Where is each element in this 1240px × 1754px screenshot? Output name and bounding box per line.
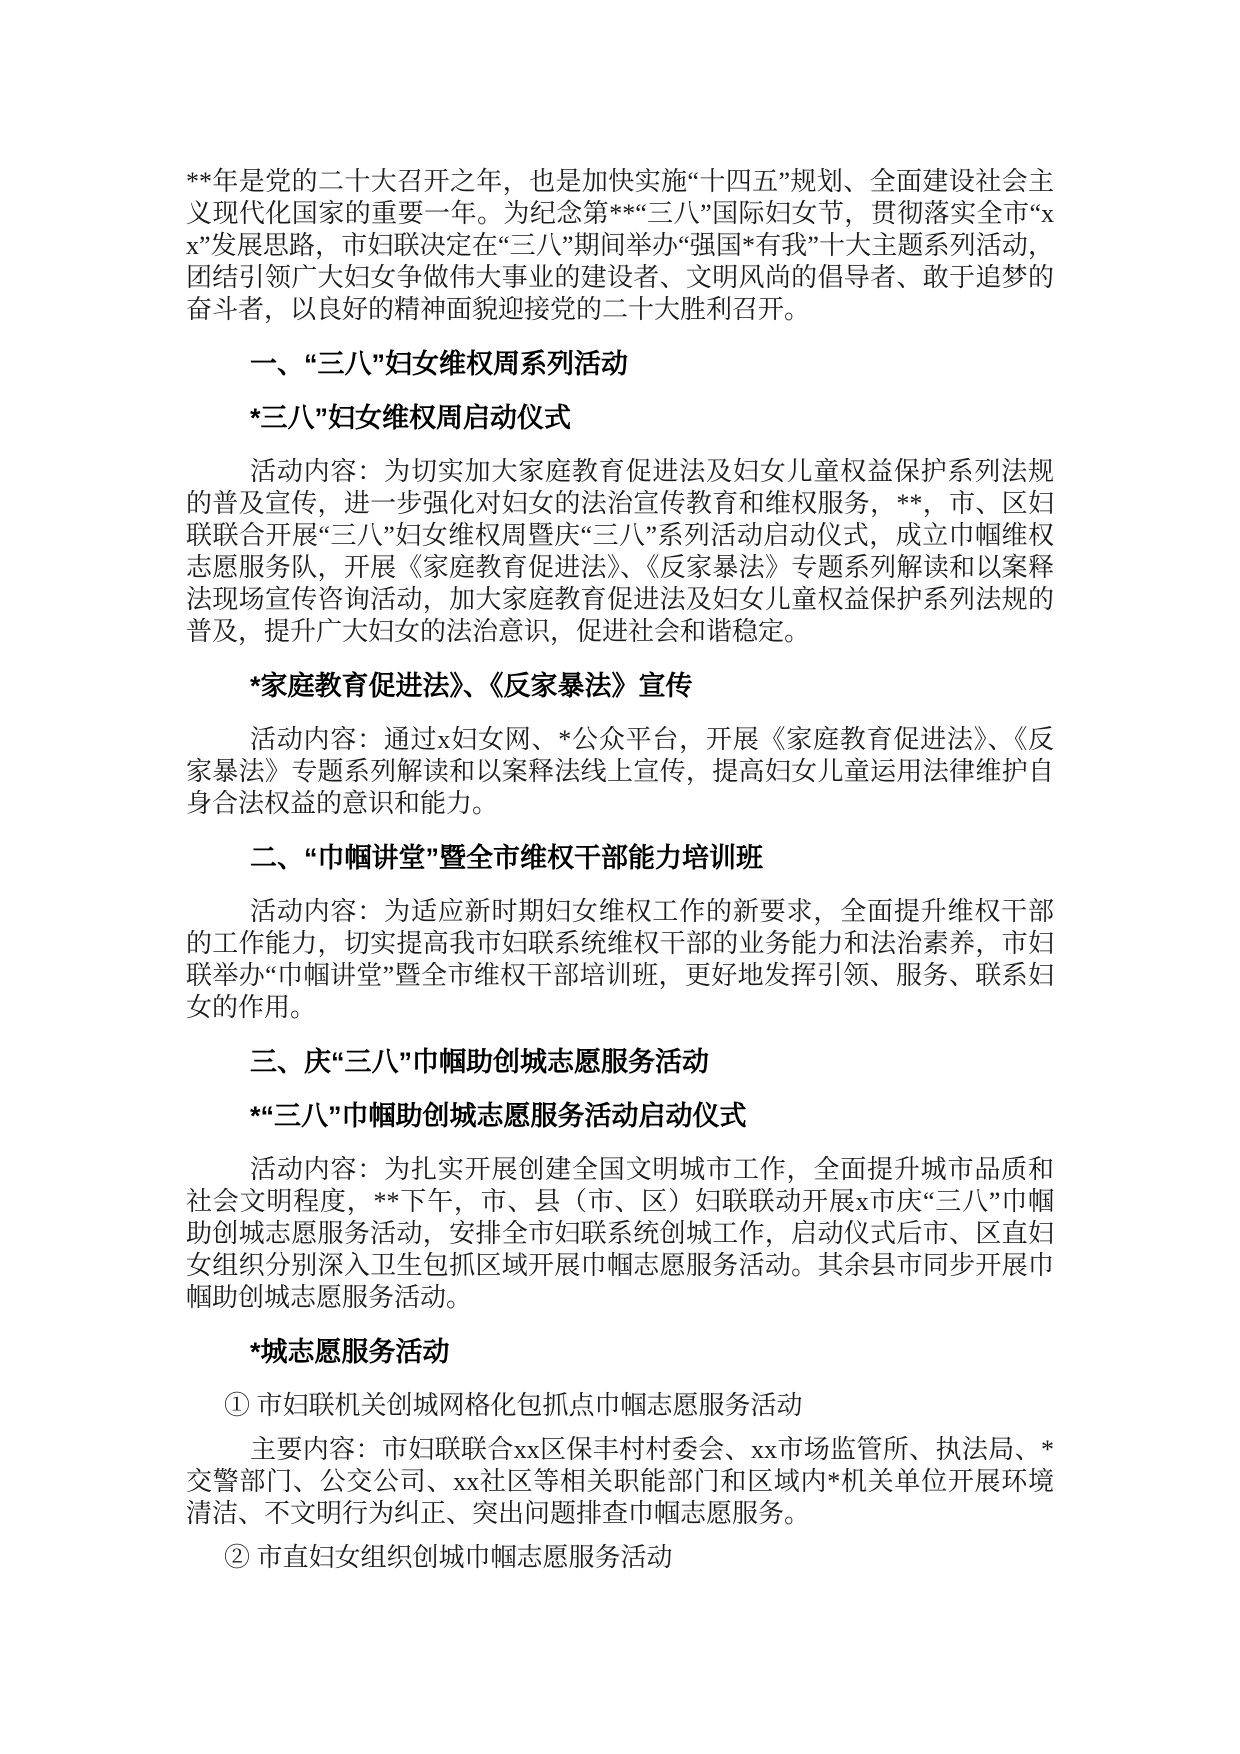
paragraph: **年是党的二十大召开之年，也是加快实施“十四五”规划、全面建设社会主义现代化国… [186,166,1054,326]
section-heading: 二、“巾帼讲堂”暨全市维权干部能力培训班 [186,842,1054,874]
section-heading: *城志愿服务活动 [186,1336,1054,1368]
document-content: **年是党的二十大召开之年，也是加快实施“十四五”规划、全面建设社会主义现代化国… [186,166,1054,1586]
paragraph: 主要内容：市妇联联合xx区保丰村村委会、xx市场监管所、执法局、*交警部门、公交… [186,1434,1054,1530]
document-page: **年是党的二十大召开之年，也是加快实施“十四五”规划、全面建设社会主义现代化国… [0,0,1240,1754]
paragraph: ② 市直妇女组织创城巾帼志愿服务活动 [186,1542,1054,1574]
paragraph: 活动内容：为适应新时期妇女维权工作的新要求，全面提升维权干部的工作能力，切实提高… [186,896,1054,1024]
section-heading: *“三八”巾帼助创城志愿服务活动启动仪式 [186,1100,1054,1132]
section-heading: *三八”妇女维权周启动仪式 [186,402,1054,434]
paragraph: ① 市妇联机关创城网格化包抓点巾帼志愿服务活动 [186,1390,1054,1422]
section-heading: 一、“三八”妇女维权周系列活动 [186,348,1054,380]
paragraph: 活动内容：为扎实开展创建全国文明城市工作，全面提升城市品质和社会文明程度，**下… [186,1154,1054,1314]
section-heading: *家庭教育促进法》、《反家暴法》宣传 [186,670,1054,702]
section-heading: 三、庆“三八”巾帼助创城志愿服务活动 [186,1046,1054,1078]
paragraph: 活动内容：为切实加大家庭教育促进法及妇女儿童权益保护系列法规的普及宣传，进一步强… [186,456,1054,648]
paragraph: 活动内容：通过x妇女网、*公众平台，开展《家庭教育促进法》、《反家暴法》专题系列… [186,724,1054,820]
